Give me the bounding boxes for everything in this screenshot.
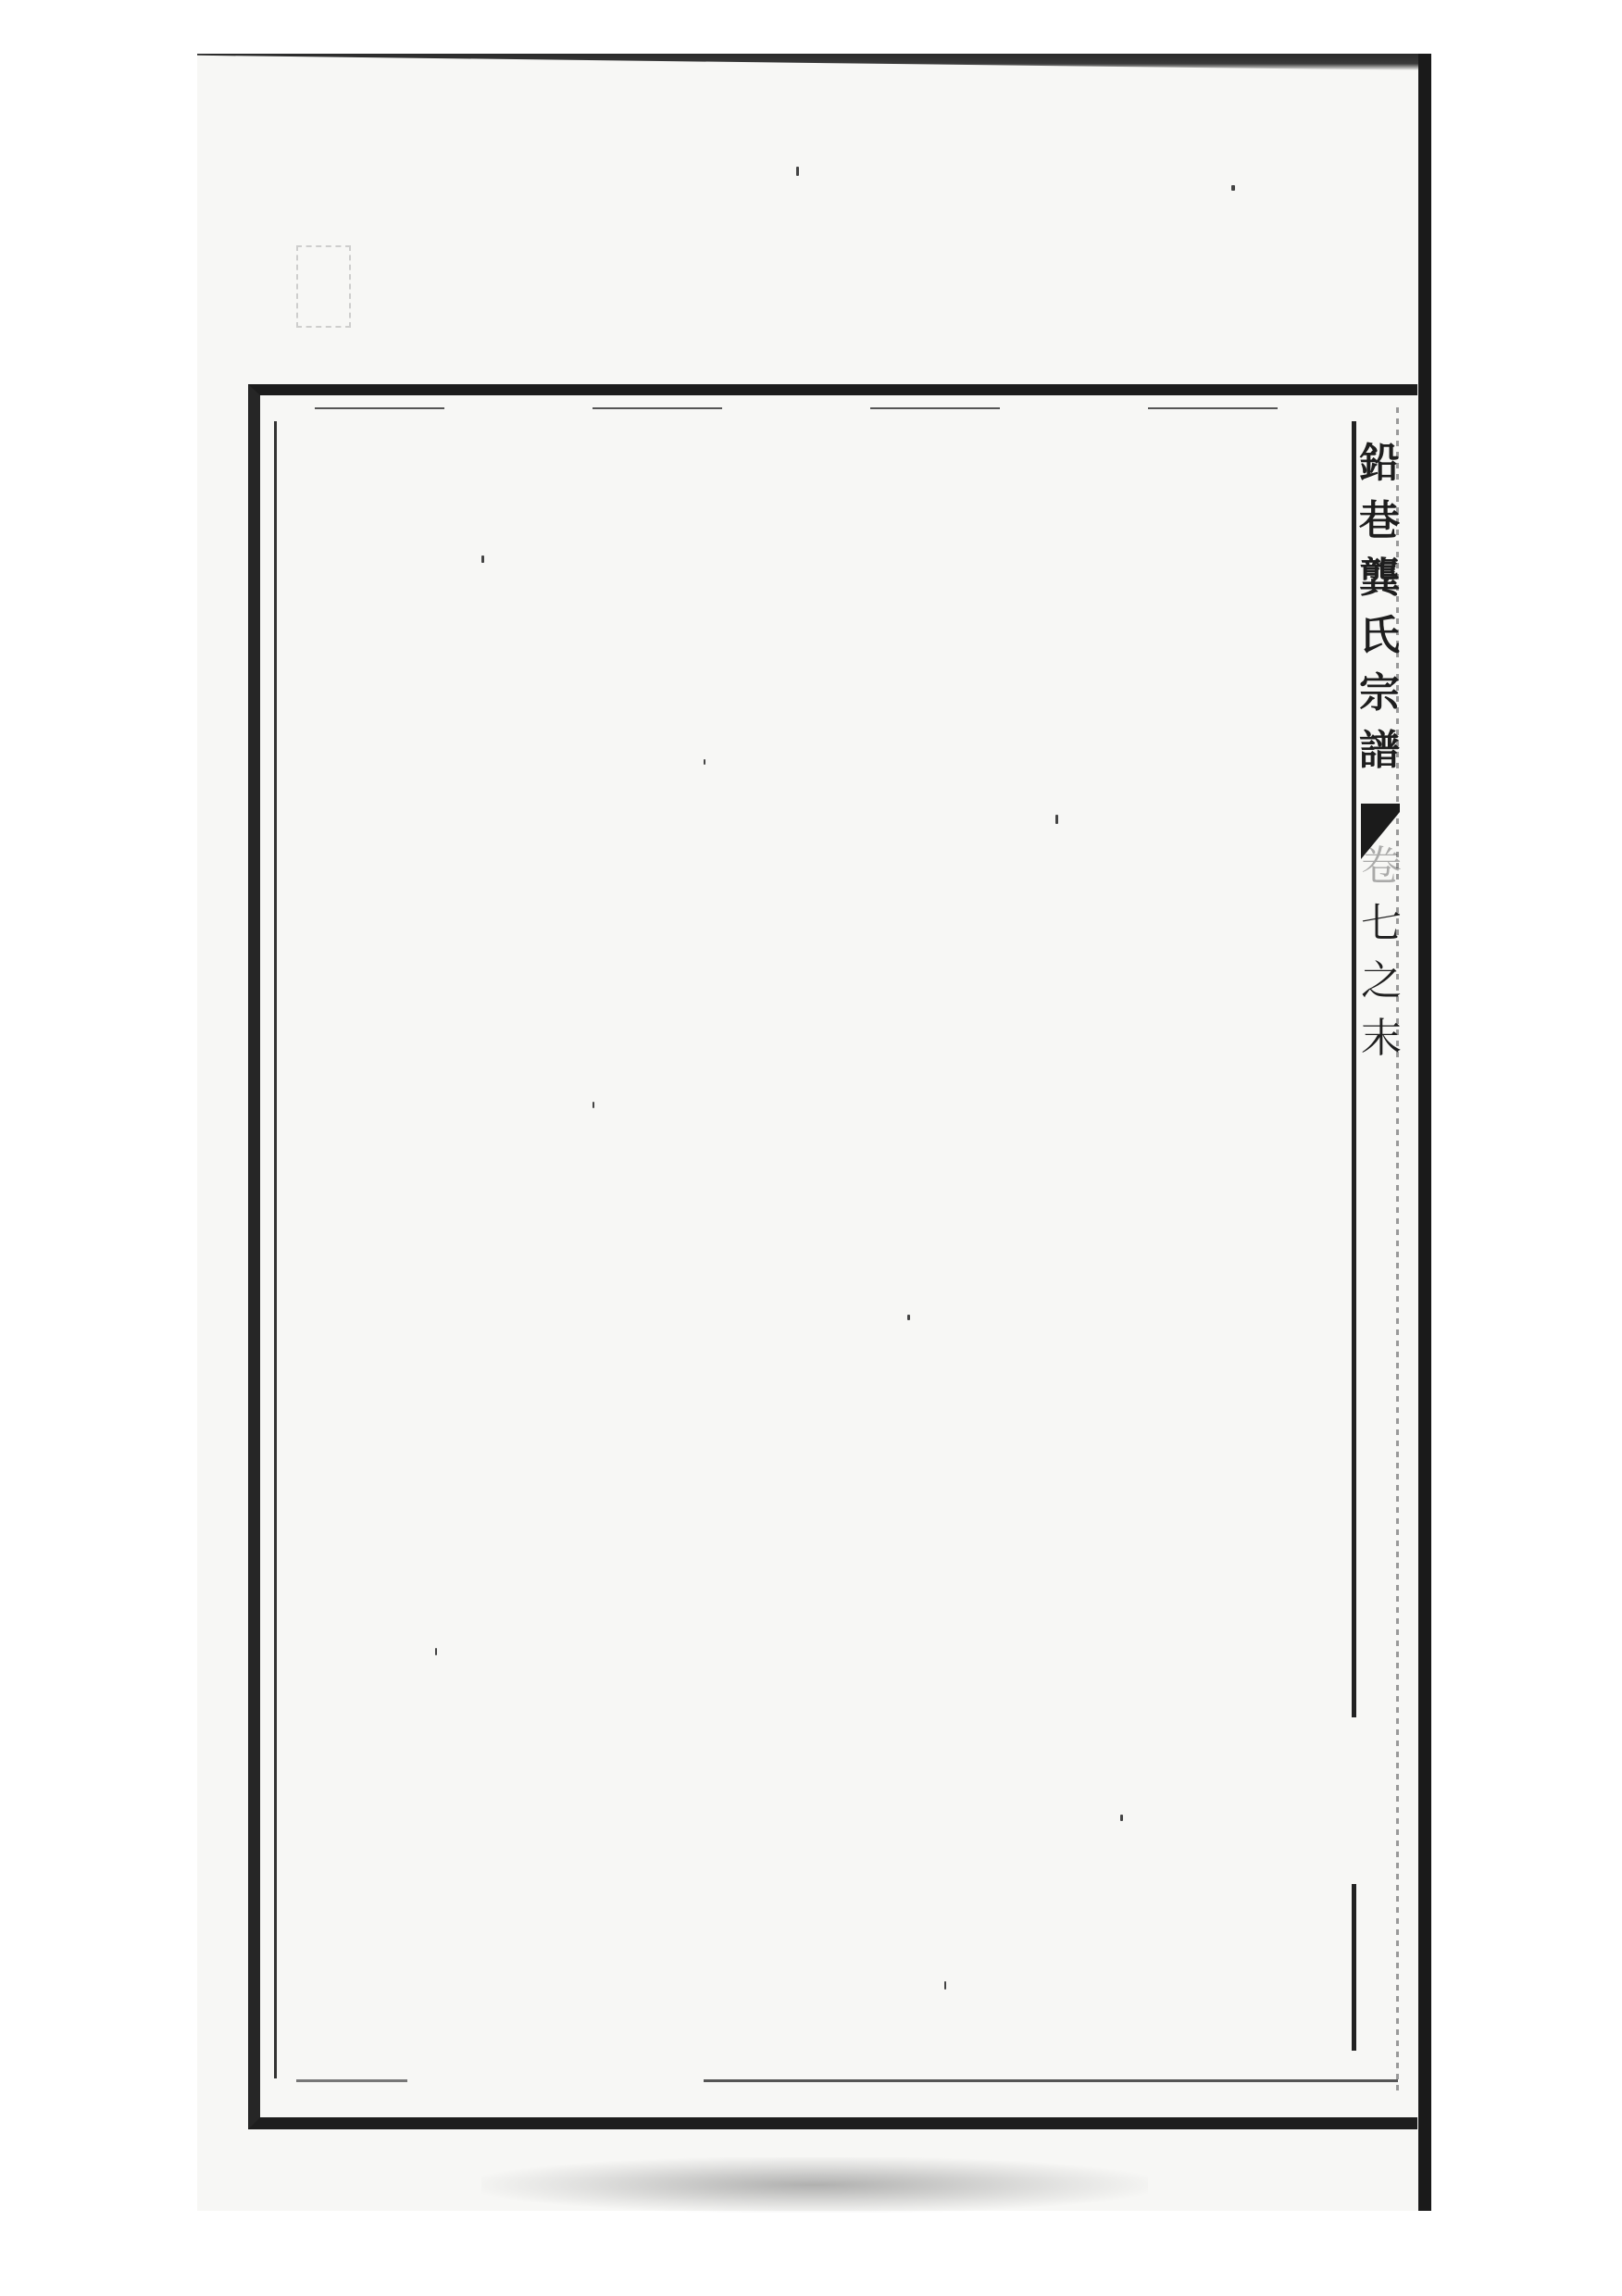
- banxin-divider-line: [1352, 421, 1356, 1717]
- inner-border-top-line: [315, 407, 1379, 409]
- speck: [481, 555, 484, 563]
- banxin-divider-line-lower: [1352, 1884, 1356, 2051]
- faded-seal-mark: [296, 245, 351, 328]
- bottom-edge-smudge: [481, 2157, 1148, 2213]
- banxin-volume-label: 卷 七 之 末: [1363, 838, 1400, 1067]
- speck: [435, 1648, 437, 1655]
- speck: [593, 1102, 594, 1108]
- inner-border-left-line: [274, 421, 277, 2078]
- speck: [944, 1981, 946, 1990]
- speck: [1120, 1815, 1123, 1821]
- speck: [796, 167, 799, 176]
- volume-char: 卷: [1361, 838, 1402, 895]
- speck: [1231, 185, 1235, 191]
- speck: [1055, 815, 1058, 824]
- speck: [907, 1315, 910, 1320]
- title-char: 龔: [1359, 550, 1400, 607]
- volume-char: 七: [1361, 895, 1402, 953]
- title-char: 宗: [1359, 665, 1400, 722]
- banxin-book-title: 鉛 巷 龔 氏 宗 譜: [1361, 435, 1398, 780]
- volume-char: 末: [1361, 1010, 1402, 1067]
- printed-border-frame: [248, 384, 1417, 2129]
- title-char: 譜: [1359, 722, 1400, 780]
- title-char: 鉛: [1359, 435, 1400, 493]
- volume-char: 之: [1361, 953, 1402, 1010]
- speck: [704, 759, 705, 765]
- page-right-shadow-edge: [1418, 54, 1431, 2211]
- inner-border-bottom-line: [296, 2079, 1398, 2082]
- title-char: 氏: [1359, 607, 1400, 665]
- title-char: 巷: [1359, 493, 1400, 550]
